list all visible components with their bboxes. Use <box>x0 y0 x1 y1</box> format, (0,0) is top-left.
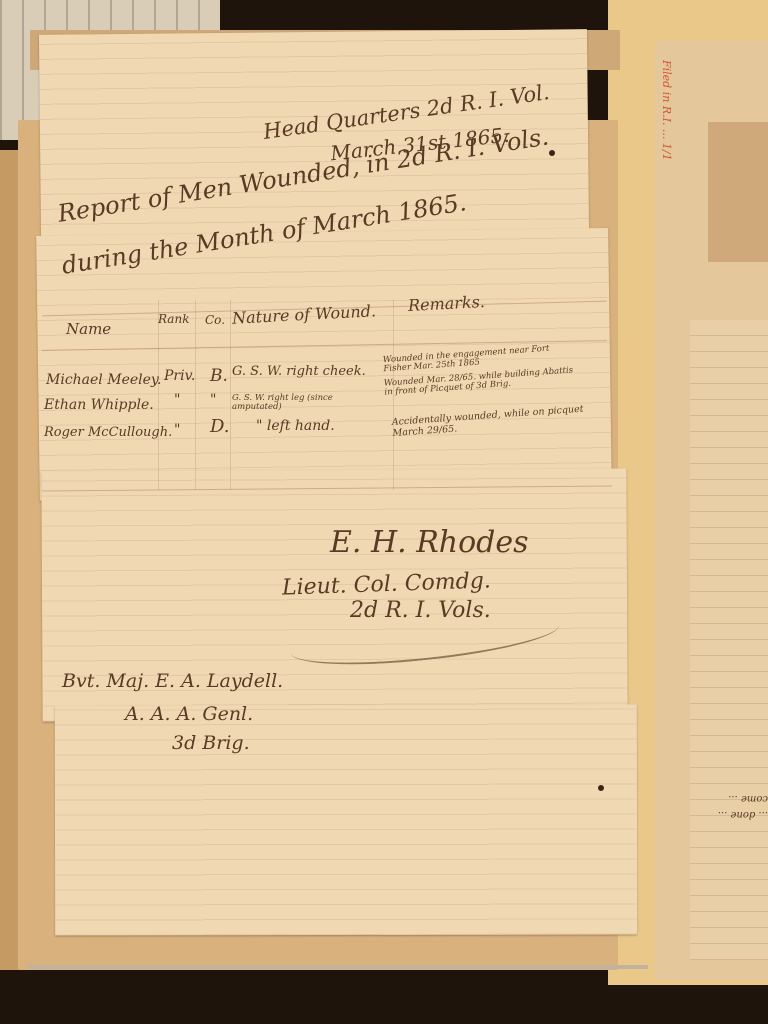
punch-hole <box>598 785 604 791</box>
addressee-line-3: 3d Brig. <box>172 732 250 754</box>
table-col-divider <box>230 300 231 490</box>
folder-red-note: Filed in R.I. ... 1/1 <box>660 60 673 161</box>
cell-wound: " left hand. <box>256 418 335 434</box>
table-col-divider <box>195 300 196 490</box>
punch-hole <box>549 150 555 156</box>
col-remarks: Remarks. <box>408 292 486 315</box>
document-panel-4 <box>55 704 637 935</box>
col-rank: Rank <box>158 312 189 326</box>
col-company: Co. <box>205 313 225 327</box>
col-name: Name <box>66 320 111 338</box>
cell-rank: " <box>174 422 180 438</box>
addressee-line-2: A. A. A. Genl. <box>125 703 253 725</box>
cell-rank: " <box>174 392 180 408</box>
cell-wound: G. S. W. right leg (since amputated) <box>232 394 382 412</box>
cell-name: Michael Meeley. <box>46 372 161 388</box>
signature-name: E. H. Rhodes <box>330 525 529 560</box>
table-col-divider <box>158 300 159 490</box>
addressee-line-1: Bvt. Maj. E. A. Laydell. <box>62 670 283 692</box>
cell-company: D. <box>210 416 230 437</box>
attached-card <box>708 122 768 262</box>
cell-company: " <box>210 392 216 408</box>
cell-name: Ethan Whipple. <box>44 397 154 413</box>
cell-rank: Priv. <box>164 368 195 384</box>
back-lined-sheet <box>690 320 768 960</box>
cell-company: B. <box>210 366 228 386</box>
sleeve-edge <box>28 965 648 969</box>
cell-name: Roger McCullough. <box>44 425 172 440</box>
cell-wound: G. S. W. right cheek. <box>232 364 366 379</box>
back-sheet-note: ... done ... come ... <box>700 790 768 822</box>
